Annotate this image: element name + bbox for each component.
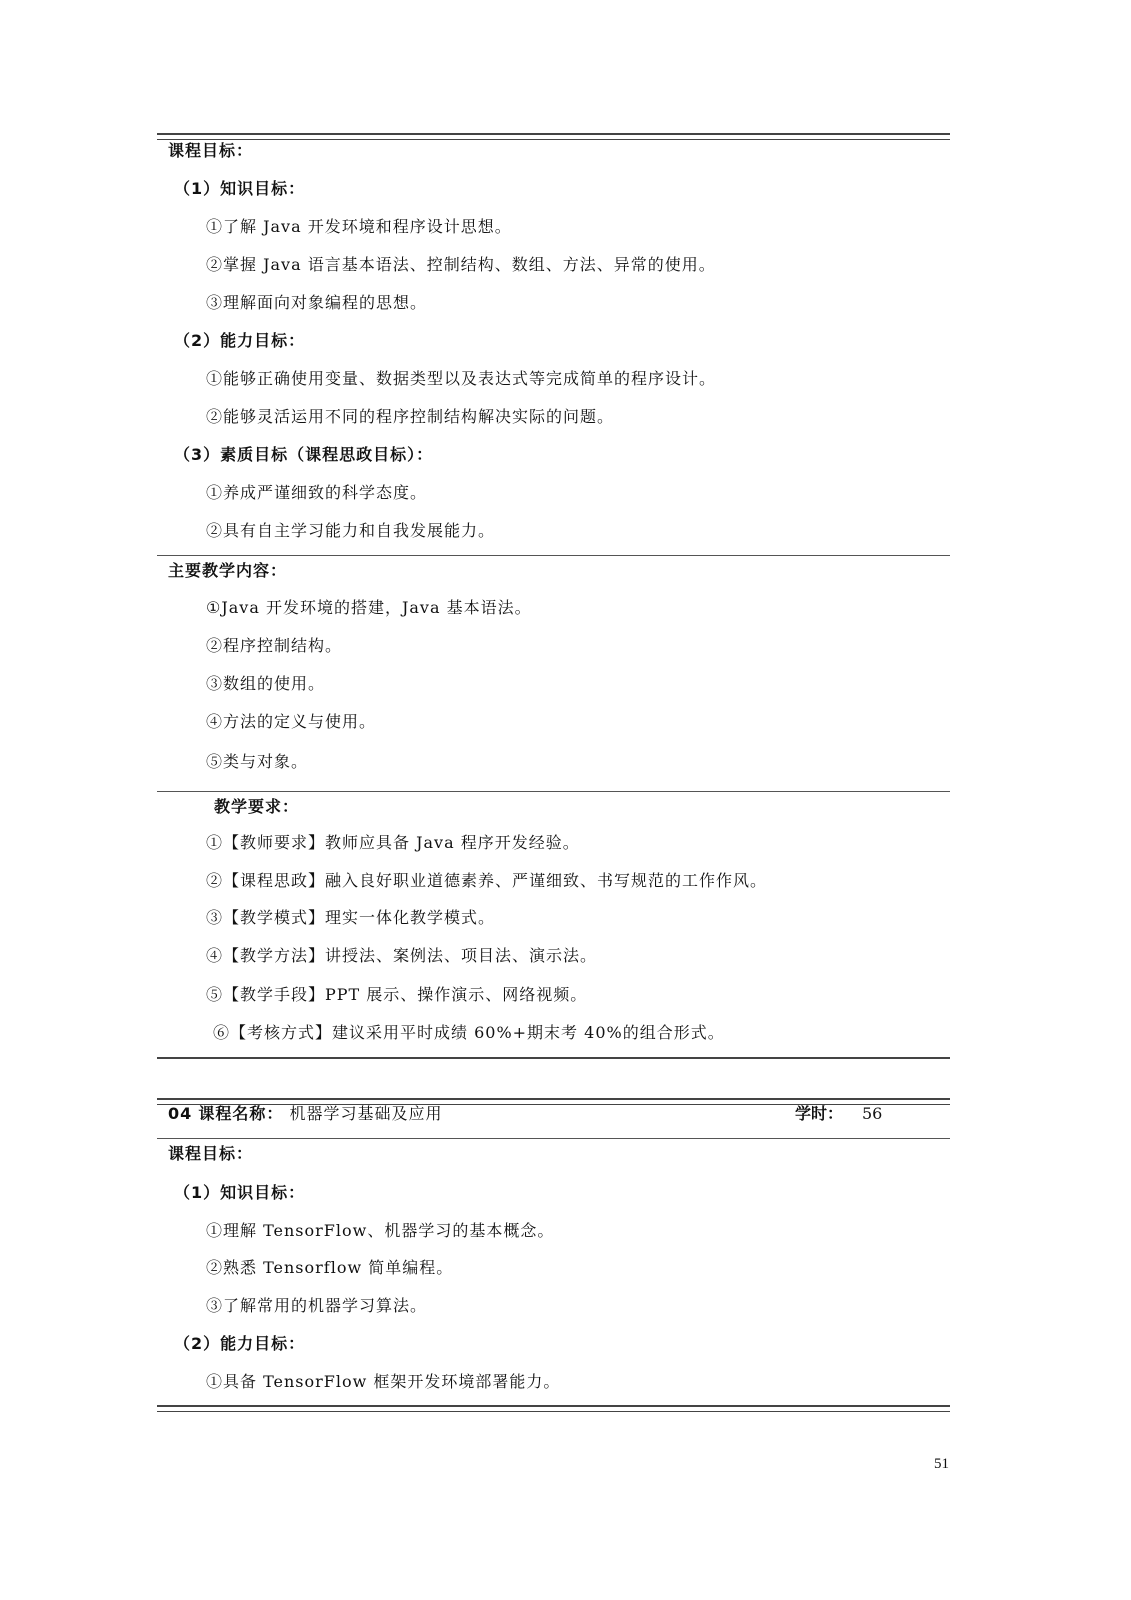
document-page: 课程目标： （1）知识目标： ①了解 Java 开发环境和程序设计思想。 ②掌握… <box>0 0 1131 1600</box>
hours-label: 学时： <box>795 1104 843 1124</box>
knowledge-goal-item: ①理解 TensorFlow、机器学习的基本概念。 <box>206 1221 554 1241</box>
ability-goals-heading: （2）能力目标： <box>174 1334 305 1354</box>
requirement-item: ①【教师要求】教师应具备 Java 程序开发经验。 <box>206 833 580 853</box>
knowledge-goals-heading: （1）知识目标： <box>174 179 305 199</box>
course-name-label: 课程名称： <box>198 1104 283 1123</box>
divider-rule <box>157 1138 950 1139</box>
course-goals-heading: 课程目标： <box>168 141 253 161</box>
course-number: 04 <box>168 1104 192 1123</box>
knowledge-goal-item: ③了解常用的机器学习算法。 <box>206 1296 427 1316</box>
content-item: ③数组的使用。 <box>206 674 325 694</box>
course-title-row: 04 课程名称： 机器学习基础及应用 <box>168 1104 442 1124</box>
quality-goals-heading: （3）素质目标（课程思政目标）： <box>174 445 433 465</box>
requirement-item: ⑤【教学手段】PPT 展示、操作演示、网络视频。 <box>206 985 587 1005</box>
knowledge-goal-item: ②掌握 Java 语言基本语法、控制结构、数组、方法、异常的使用。 <box>206 255 716 275</box>
knowledge-goals-heading: （1）知识目标： <box>174 1183 305 1203</box>
teaching-content-heading: 主要教学内容： <box>168 561 287 581</box>
top-double-rule <box>157 133 950 140</box>
course-name: 机器学习基础及应用 <box>289 1104 442 1123</box>
course-goals-heading: 课程目标： <box>168 1144 253 1164</box>
requirement-item: ⑥【考核方式】建议采用平时成绩 60%+期末考 40%的组合形式。 <box>213 1023 725 1043</box>
requirement-item: ④【教学方法】讲授法、案例法、项目法、演示法。 <box>206 946 597 966</box>
knowledge-goal-item: ②熟悉 Tensorflow 简单编程。 <box>206 1258 453 1278</box>
content-item: ④方法的定义与使用。 <box>206 712 376 732</box>
quality-goal-item: ②具有自主学习能力和自我发展能力。 <box>206 521 495 541</box>
bottom-double-rule <box>157 1405 950 1412</box>
knowledge-goal-item: ①了解 Java 开发环境和程序设计思想。 <box>206 217 512 237</box>
teaching-requirements-heading: 教学要求： <box>214 797 299 817</box>
ability-goal-item: ①具备 TensorFlow 框架开发环境部署能力。 <box>206 1372 560 1392</box>
requirement-item: ③【教学模式】理实一体化教学模式。 <box>206 908 495 928</box>
section-end-rule <box>157 1057 950 1059</box>
page-number: 51 <box>934 1456 949 1473</box>
content-item: ⑤类与对象。 <box>206 752 308 772</box>
divider-rule <box>157 555 950 556</box>
ability-goals-heading: （2）能力目标： <box>174 331 305 351</box>
ability-goal-item: ①能够正确使用变量、数据类型以及表达式等完成简单的程序设计。 <box>206 369 716 389</box>
ability-goal-item: ②能够灵活运用不同的程序控制结构解决实际的问题。 <box>206 407 614 427</box>
content-item: ②程序控制结构。 <box>206 636 342 656</box>
requirement-item: ②【课程思政】融入良好职业道德素养、严谨细致、书写规范的工作作风。 <box>206 871 767 891</box>
content-item: ①Java 开发环境的搭建，Java 基本语法。 <box>206 598 532 618</box>
divider-rule <box>157 791 950 792</box>
hours-value: 56 <box>862 1104 882 1124</box>
knowledge-goal-item: ③理解面向对象编程的思想。 <box>206 293 427 313</box>
quality-goal-item: ①养成严谨细致的科学态度。 <box>206 483 427 503</box>
